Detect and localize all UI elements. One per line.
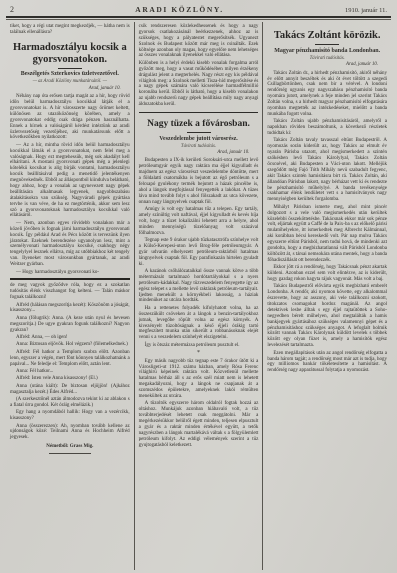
fires-article-dateline: Arad, január 10. (139, 150, 259, 156)
article-paragraph: — Nem, azonban egyes rövidebb vonalakon … (10, 221, 130, 268)
article-paragraph: Ekkor jött rá a rendőrség, hogy Takácsna… (267, 265, 387, 283)
headline-rule (315, 44, 339, 45)
fires-article-tagline: Távirati tudósítás. (139, 144, 259, 150)
page-header: 2 ARADI KÖZLÖNY. 1910. január 11. (6, 3, 391, 16)
article-paragraph: Így is ötszáz métermázsa petróleum puszt… (139, 343, 259, 349)
article-divider-rule (139, 112, 259, 113)
article-paragraph: Amúgy is volt egy hatalmas tűz a telepen… (139, 207, 259, 236)
dialogue-line: Anna: Fél hatkor... (10, 369, 130, 375)
article-paragraph: Tegnap este 9 órakor ujabb tűzkatasztróf… (139, 238, 259, 267)
article-paragraph: Ezen megállapítások után az angol rendőr… (267, 351, 387, 375)
counterfeiter-article-body: Takács Zoltán dr., a hirhedt pénzhamisít… (267, 71, 387, 375)
fires-article-body: Budapesten a IX-ik kerületi Soroksári-ut… (139, 158, 259, 348)
dialogue-line: Alfréd: Isten vele Anna kisasszony! (El.… (10, 376, 130, 382)
article-paragraph: A tüzoltók egyszerre három oldalról fogt… (139, 401, 259, 448)
dialogue-line: (A szerkesztőnél aztán álmodozva tekint … (10, 397, 130, 409)
column-right: Takács Zoltánt körözik. Magyar pénzhamis… (262, 22, 391, 570)
article-paragraph: — Az a hír, mintha rövid időn belül harm… (10, 143, 130, 220)
article-paragraph: Takács Budapestről elővárta egyik megbiz… (267, 284, 387, 349)
fires-article: Nagy tüzek a fővárosban. Veszedelembe ju… (139, 119, 259, 449)
feuilleton-section: de meg vagyok győződve róla, hogy ez a s… (10, 283, 130, 454)
section-star-separator: * (139, 350, 259, 357)
fires-article-body-2: Egy másik nagyobb tüz tegnap este 7 órak… (139, 359, 259, 449)
trains-article-body: Néhány nap óta erősen tartja magát az a … (10, 94, 130, 275)
dialogue-line: Alfréd (hálásan megszorítja kezét): Kösz… (10, 303, 130, 315)
column-middle: csik rendszeresen közlekedhessenek és ho… (134, 22, 263, 570)
counterfeiter-article-subhead: Magyar pénzhamisító banda Londonban. (267, 48, 387, 55)
fires-article-headline: Nagy tüzek a fővárosban. (140, 119, 258, 130)
headline-rule (58, 68, 82, 69)
dialogue-line: Alfréd: Fél hatkor a Templom szobra előt… (10, 350, 130, 368)
header-divider-rule (6, 16, 391, 20)
column-left: tiket, hogy a régi utat megint megkezdjé… (6, 22, 134, 570)
dialogue-line: Anna (összerezzen): Ah, nyomban tovább k… (10, 424, 130, 442)
article-paragraph: Takács Zoltán ujabb pénzhamisitásáról, a… (267, 119, 387, 137)
article-paragraph: Néhány nap óta erősen tartja magát az a … (10, 94, 130, 141)
article-paragraph: Ha a rettenetes folyadék kifolyhatott vo… (139, 306, 259, 341)
article-paragraph: Különben is a helyi érdekü kisebb vonala… (139, 61, 259, 108)
trains-article: Harmadosztályu kocsik a gyorsvonatokon. … (10, 42, 130, 276)
dialogue-line: Anna: Biztosan eljövök. Hol végzem? (föl… (10, 342, 130, 348)
columns-container: tiket, hogy a régi utat megint megkezdjé… (6, 22, 391, 570)
article-paragraph: Mihályt Párisban ismerte meg, ahol mint … (267, 205, 387, 264)
article-continuation-text: tiket, hogy a régi utat megint megkezdjé… (10, 24, 130, 36)
dialogue-line: Anna (fölugrik): Anna. (A keze után nyul… (10, 316, 130, 334)
trains-article-headline: Harmadosztályu kocsik a gyorsvonatokon. (11, 42, 129, 66)
trains-article-continued: csik rendszeresen közlekedhessenek és ho… (139, 24, 259, 108)
headline-rule (187, 132, 211, 133)
article-paragraph: — Hogy harmadosztályu gyorsvonati ko- (10, 270, 130, 276)
fires-article-subhead: Veszedelembe jutott városrész. (139, 136, 259, 143)
feuilleton-divider-rule (10, 278, 130, 280)
page-number: 2 (10, 5, 14, 14)
issue-date: 1910. január 11. (345, 7, 387, 14)
article-paragraph: Takács Zoltán dr., a hirhedt pénzhamisít… (267, 71, 387, 118)
article-paragraph: Budapesten a IX-ik kerületi Soroksári-ut… (139, 158, 259, 205)
article-paragraph: A kazánok csőhálózataikkal össze vannak … (139, 269, 259, 304)
feuilleton-end-rule (49, 453, 91, 454)
article-paragraph: Takács Zoltán tavaly tavasszal eltünt Bu… (267, 138, 387, 203)
dialogue-line: Egy hang a nyomdából hallik: Hogy van a … (10, 410, 130, 422)
trains-article-subhead: Beszélgetés Szterkovics üzletvezetővel. (10, 71, 130, 78)
feuilleton-intro: de meg vagyok győződve róla, hogy ez a s… (10, 283, 130, 301)
article-paragraph: csik rendszeresen közlekedhessenek és ho… (139, 24, 259, 59)
counterfeiter-article-headline: Takács Zoltánt körözik. (268, 30, 386, 42)
dialogue-line: Alfréd: Anna, — oh igen! (10, 335, 130, 341)
trains-article-tagline: — az Aradi Közlöny munkatársától. — (10, 79, 130, 85)
counterfeiter-article-tagline: Távirati tudósítás. (267, 56, 387, 62)
feuilleton-dialogue: Alfréd (hálásan megszorítja kezét): Kösz… (10, 303, 130, 442)
dialogue-line: Anna (utána kiált): De biztosan eljöjjön… (10, 384, 130, 396)
masthead-title: ARADI KÖZLÖNY. (135, 5, 223, 14)
trains-article-dateline: Arad, január 10. (10, 86, 130, 92)
counterfeiter-article: Takács Zoltánt körözik. Magyar pénzhamis… (267, 30, 387, 374)
translator-credit: Németből: Grass Mig. (10, 444, 130, 450)
article-paragraph: Egy másik nagyobb tüz tegnap este 7 órak… (139, 359, 259, 400)
newspaper-page: 2 ARADI KÖZLÖNY. 1910. január 11. tiket,… (0, 0, 397, 573)
counterfeiter-article-dateline: Arad, január 10. (267, 62, 387, 68)
